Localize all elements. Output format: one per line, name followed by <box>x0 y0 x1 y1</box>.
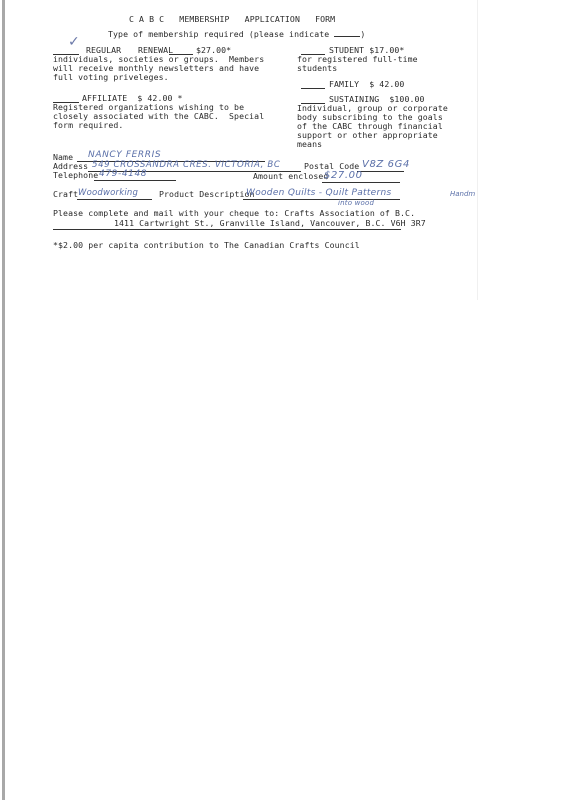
telephone-label: Telephone <box>53 171 98 180</box>
product-description-label: Product Description <box>159 190 255 199</box>
regular-checkmark-icon: ✓ <box>68 34 80 50</box>
family-label: FAMILY $ 42.00 <box>329 80 404 89</box>
amount-underline <box>322 182 400 183</box>
telephone-underline <box>94 180 176 181</box>
sustaining-desc-5: means <box>297 140 322 149</box>
product-description-note: into wood <box>338 199 374 207</box>
amount-enclosed-label: Amount enclosed <box>253 172 328 181</box>
product-description-overflow: Handm <box>450 190 475 198</box>
form-title: C A B C MEMBERSHIP APPLICATION FORM <box>129 15 335 24</box>
postal-code-underline <box>357 171 404 172</box>
craft-field[interactable]: Woodworking <box>78 188 138 198</box>
telephone-field[interactable]: 479-4148 <box>99 169 147 179</box>
product-underline <box>243 199 400 200</box>
subtitle-close: ) <box>360 29 365 39</box>
scan-edge-left <box>2 0 5 800</box>
form-subtitle: Type of membership required (please indi… <box>108 29 365 39</box>
craft-underline <box>77 199 152 200</box>
product-description-field[interactable]: Wooden Quilts - Quilt Patterns <box>246 188 392 198</box>
affiliate-desc-3: form required. <box>53 121 123 130</box>
footnote: *$2.00 per capita contribution to The Ca… <box>53 241 360 250</box>
family-blank[interactable] <box>301 88 325 89</box>
mail-address: 1411 Cartwright St., Granville Island, V… <box>114 219 426 228</box>
amount-enclosed-field[interactable]: $27.00 <box>324 170 363 181</box>
subtitle-text: Type of membership required (please indi… <box>108 29 329 39</box>
mail-address-underline <box>53 229 401 230</box>
regular-desc-3: full voting priveleges. <box>53 73 169 82</box>
membership-indicate-blank[interactable] <box>334 29 360 37</box>
page-edge-right <box>477 0 478 300</box>
postal-code-field[interactable]: V8Z 6G4 <box>362 159 410 170</box>
name-field[interactable]: NANCY FERRIS <box>88 150 161 160</box>
student-desc-2: students <box>297 64 337 73</box>
mail-instructions: Please complete and mail with your chequ… <box>53 209 415 218</box>
craft-label: Craft <box>53 190 78 199</box>
